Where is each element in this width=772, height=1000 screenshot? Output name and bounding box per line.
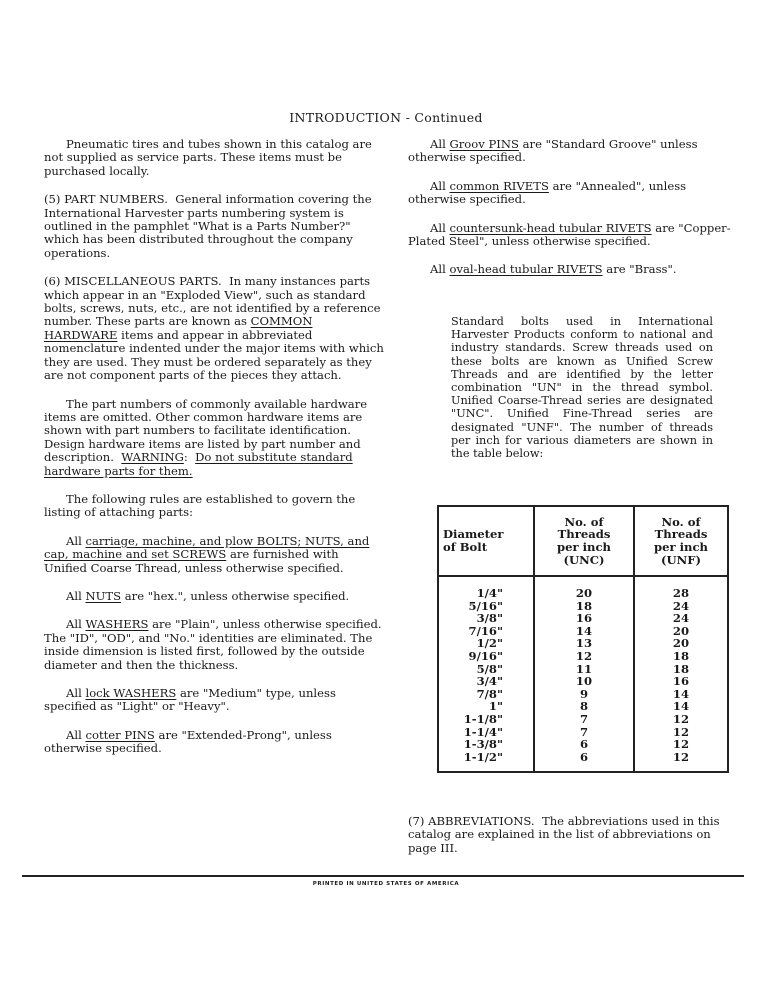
underlined-term: lock WASHERS [85, 686, 176, 700]
diameter-cell: 1/4" [438, 576, 534, 600]
left-column: Pneumatic tires and tubes shown in this … [44, 138, 384, 771]
lock-washers-rule: All lock WASHERS are "Medium" type, unle… [44, 687, 384, 714]
unf-cell: 12 [634, 713, 728, 726]
unf-cell: 24 [634, 612, 728, 625]
abbreviations-section: (7) ABBREVIATIONS. The abbreviations use… [408, 815, 743, 855]
table-row: 1-1/2"612 [438, 751, 728, 773]
warning-label: WARNING [121, 450, 184, 464]
rule-text: All [430, 179, 449, 193]
column-header-diameter: Diameter of Bolt [438, 506, 534, 576]
common-rivets-rule: All common RIVETS are "Annealed", unless… [408, 180, 743, 207]
diameter-cell: 9/16" [438, 650, 534, 663]
right-column: All Groov PINS are "Standard Groove" unl… [408, 138, 743, 292]
rule-text: All [66, 589, 85, 603]
rule-text: All [66, 686, 85, 700]
rule-text: All [430, 262, 449, 276]
diameter-cell: 1-1/8" [438, 713, 534, 726]
diameter-cell: 1-1/2" [438, 751, 534, 773]
nuts-rule: All NUTS are "hex.", unless otherwise sp… [44, 590, 384, 603]
rule-text: All [430, 137, 449, 151]
rule-text: are "hex.", unless otherwise specified. [121, 589, 349, 603]
table-row: 1-3/8"612 [438, 738, 728, 751]
unc-cell: 12 [534, 650, 634, 663]
unified-threads-note: Standard bolts used in International Har… [451, 315, 713, 460]
unf-cell: 16 [634, 675, 728, 688]
rule-text: All [66, 534, 85, 548]
footer-divider [22, 875, 744, 877]
column-header-unf: No. of Threads per inch (UNF) [634, 506, 728, 576]
printed-in-footer: PRINTED IN UNITED STATES OF AMERICA [0, 881, 772, 887]
unc-cell: 16 [534, 612, 634, 625]
rule-text: All [430, 221, 449, 235]
unc-cell: 10 [534, 675, 634, 688]
underlined-term: countersunk-head tubular RIVETS [449, 221, 651, 235]
table-row: 3/4"1016 [438, 675, 728, 688]
table-row: 1-1/8"712 [438, 713, 728, 726]
column-header-unc: No. of Threads per inch (UNC) [534, 506, 634, 576]
tires-paragraph: Pneumatic tires and tubes shown in this … [44, 138, 384, 178]
oval-rivets-rule: All oval-head tubular RIVETS are "Brass"… [408, 263, 743, 276]
page-header: INTRODUCTION - Continued [0, 110, 772, 125]
table-row: 9/16"1218 [438, 650, 728, 663]
diameter-cell: 3/8" [438, 612, 534, 625]
section-heading: (5) PART NUMBERS. [44, 192, 168, 206]
misc-parts-section: (6) MISCELLANEOUS PARTS. In many instanc… [44, 275, 384, 382]
table-row: 1/4"2028 [438, 576, 728, 600]
unf-cell: 28 [634, 576, 728, 600]
underlined-term: WASHERS [85, 617, 148, 631]
section-heading: (7) ABBREVIATIONS. [408, 814, 535, 828]
underlined-term: NUTS [85, 589, 121, 603]
rules-paragraph: The following rules are established to g… [44, 493, 384, 520]
section-heading: (6) MISCELLANEOUS PARTS. [44, 274, 222, 288]
rule-text: All [66, 728, 85, 742]
underlined-term: Groov PINS [449, 137, 518, 151]
unc-cell: 20 [534, 576, 634, 600]
table-row: 3/8"1624 [438, 612, 728, 625]
part-numbers-section: (5) PART NUMBERS. General information co… [44, 193, 384, 260]
diameter-cell: 1-3/8" [438, 738, 534, 751]
unc-cell: 7 [534, 713, 634, 726]
bolts-rule: All carriage, machine, and plow BOLTS; N… [44, 535, 384, 575]
hardware-paragraph: The part numbers of commonly available h… [44, 398, 384, 478]
rule-text: All [66, 617, 85, 631]
diameter-cell: 3/4" [438, 675, 534, 688]
underlined-term: cotter PINS [85, 728, 154, 742]
unc-cell: 6 [534, 738, 634, 751]
underlined-term: oval-head tubular RIVETS [449, 262, 602, 276]
groov-pins-rule: All Groov PINS are "Standard Groove" unl… [408, 138, 743, 165]
table-header-row: Diameter of Bolt No. of Threads per inch… [438, 506, 728, 576]
unf-cell: 12 [634, 738, 728, 751]
underlined-term: common RIVETS [449, 179, 548, 193]
unf-cell: 18 [634, 650, 728, 663]
threads-per-inch-table: Diameter of Bolt No. of Threads per inch… [437, 505, 729, 773]
unc-cell: 6 [534, 751, 634, 773]
diameter-cell: 7/8" [438, 688, 534, 701]
countersunk-rivets-rule: All countersunk-head tubular RIVETS are … [408, 222, 743, 249]
rule-text: are "Brass". [603, 262, 677, 276]
washers-rule: All WASHERS are "Plain", unless otherwis… [44, 618, 384, 672]
cotter-pins-rule: All cotter PINS are "Extended-Prong", un… [44, 729, 384, 756]
unf-cell: 12 [634, 751, 728, 773]
